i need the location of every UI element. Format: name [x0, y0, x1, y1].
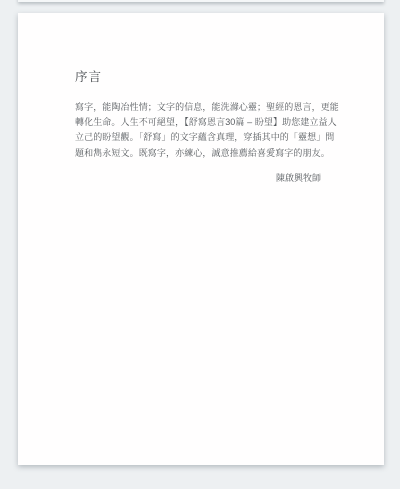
preface-paragraph: 寫字，能陶冶性情；文字的信息，能洗滌心靈；聖經的恩言，更能 轉化生命。人生不可絕…: [75, 100, 337, 161]
preface-title: 序言: [75, 69, 333, 85]
paragraph-line: 立己的盼望觀。「舒寫」的文字蘊含真理，穿插其中的「靈想」問: [75, 130, 337, 145]
previous-page-edge: [18, 0, 384, 2]
paragraph-line: 轉化生命。人生不可絕望，【舒寫恩言30篇 – 盼望】助您建立益人: [75, 115, 337, 130]
paragraph-line: 寫字，能陶冶性情；文字的信息，能洗滌心靈；聖經的恩言，更能: [75, 100, 337, 115]
paragraph-line: 題和雋永短文。既寫字，亦練心，誠意推薦給喜愛寫字的朋友。: [75, 146, 337, 161]
author-signature: 陳啟興牧師: [75, 171, 337, 186]
document-viewer-background: 序言 寫字，能陶冶性情；文字的信息，能洗滌心靈；聖經的恩言，更能 轉化生命。人生…: [0, 0, 400, 489]
document-page: 序言 寫字，能陶冶性情；文字的信息，能洗滌心靈；聖經的恩言，更能 轉化生命。人生…: [18, 13, 384, 465]
